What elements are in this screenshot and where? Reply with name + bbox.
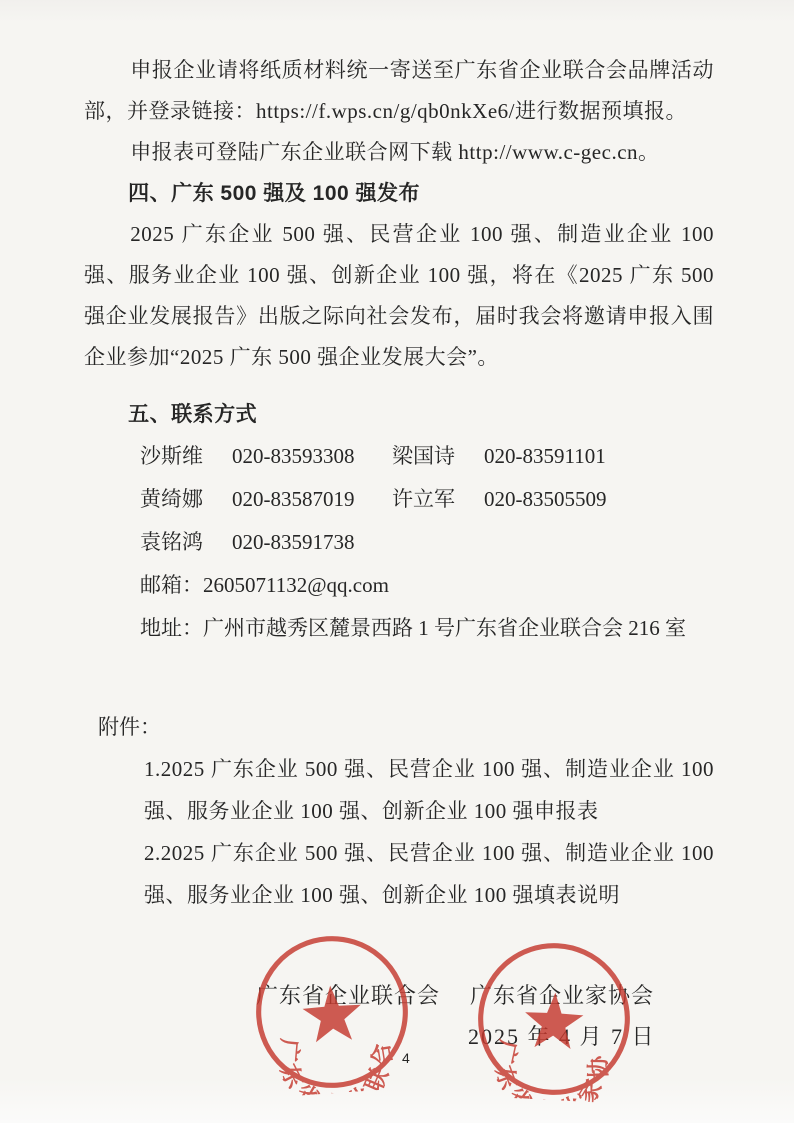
contact-phone: 020-83505509 [484, 478, 644, 521]
contact-name: 沙斯维 [140, 435, 232, 478]
section-heading-4: 四、广东 500 强及 100 强发布 [84, 173, 714, 214]
email-value: 2605071132@qq.com [203, 564, 389, 607]
seal-star-icon [301, 984, 363, 1043]
contact-name: 袁铭鸿 [140, 521, 232, 564]
email-label: 邮箱： [140, 564, 203, 607]
contact-address-row: 地址： 广州市越秀区麓景西路 1 号广东省企业联合会 216 室 [140, 607, 714, 650]
attachments-label: 附件： [98, 706, 714, 748]
seal-star-icon [523, 991, 584, 1049]
section-heading-5: 五、联系方式 [84, 394, 714, 435]
contact-phone: 020-83591101 [484, 435, 644, 478]
paragraph-form-download: 申报表可登陆广东企业联合网下载 http://www.c-gec.cn。 [84, 132, 714, 173]
contact-name: 梁国诗 [392, 435, 484, 478]
contact-phone: 020-83591738 [232, 521, 392, 564]
contact-row: 沙斯维 020-83593308 梁国诗 020-83591101 [140, 435, 714, 478]
attachment-item-2: 2.2025 广东企业 500 强、民营企业 100 强、制造业企业 100 强… [144, 832, 714, 916]
official-seal-right-icon: 广东省企业家协会 [469, 934, 639, 1104]
document-body: 申报企业请将纸质材料统一寄送至广东省企业联合会品牌活动部，并登录链接：https… [84, 50, 714, 916]
contact-name: 黄绮娜 [140, 478, 232, 521]
contact-row: 袁铭鸿 020-83591738 [140, 521, 714, 564]
contact-phone: 020-83593308 [232, 435, 392, 478]
address-label: 地址： [140, 607, 203, 650]
attachment-item-1: 1.2025 广东企业 500 强、民营企业 100 强、制造业企业 100 强… [144, 748, 714, 832]
paragraph-mailing-instructions: 申报企业请将纸质材料统一寄送至广东省企业联合会品牌活动部，并登录链接：https… [84, 50, 714, 132]
contact-list: 沙斯维 020-83593308 梁国诗 020-83591101 黄绮娜 02… [84, 435, 714, 650]
address-value: 广州市越秀区麓景西路 1 号广东省企业联合会 216 室 [203, 607, 686, 650]
contact-email-row: 邮箱： 2605071132@qq.com [140, 564, 714, 607]
contact-name: 许立军 [392, 478, 484, 521]
document-page: 申报企业请将纸质材料统一寄送至广东省企业联合会品牌活动部，并登录链接：https… [0, 0, 794, 1123]
contact-phone: 020-83587019 [232, 478, 392, 521]
attachments-section: 附件： 1.2025 广东企业 500 强、民营企业 100 强、制造业企业 1… [84, 706, 714, 916]
paragraph-release-plan: 2025 广东企业 500 强、民营企业 100 强、制造业企业 100 强、服… [84, 214, 714, 378]
official-seal-left-icon: 广东省企业联合会 [246, 926, 419, 1099]
contact-row: 黄绮娜 020-83587019 许立军 020-83505509 [140, 478, 714, 521]
